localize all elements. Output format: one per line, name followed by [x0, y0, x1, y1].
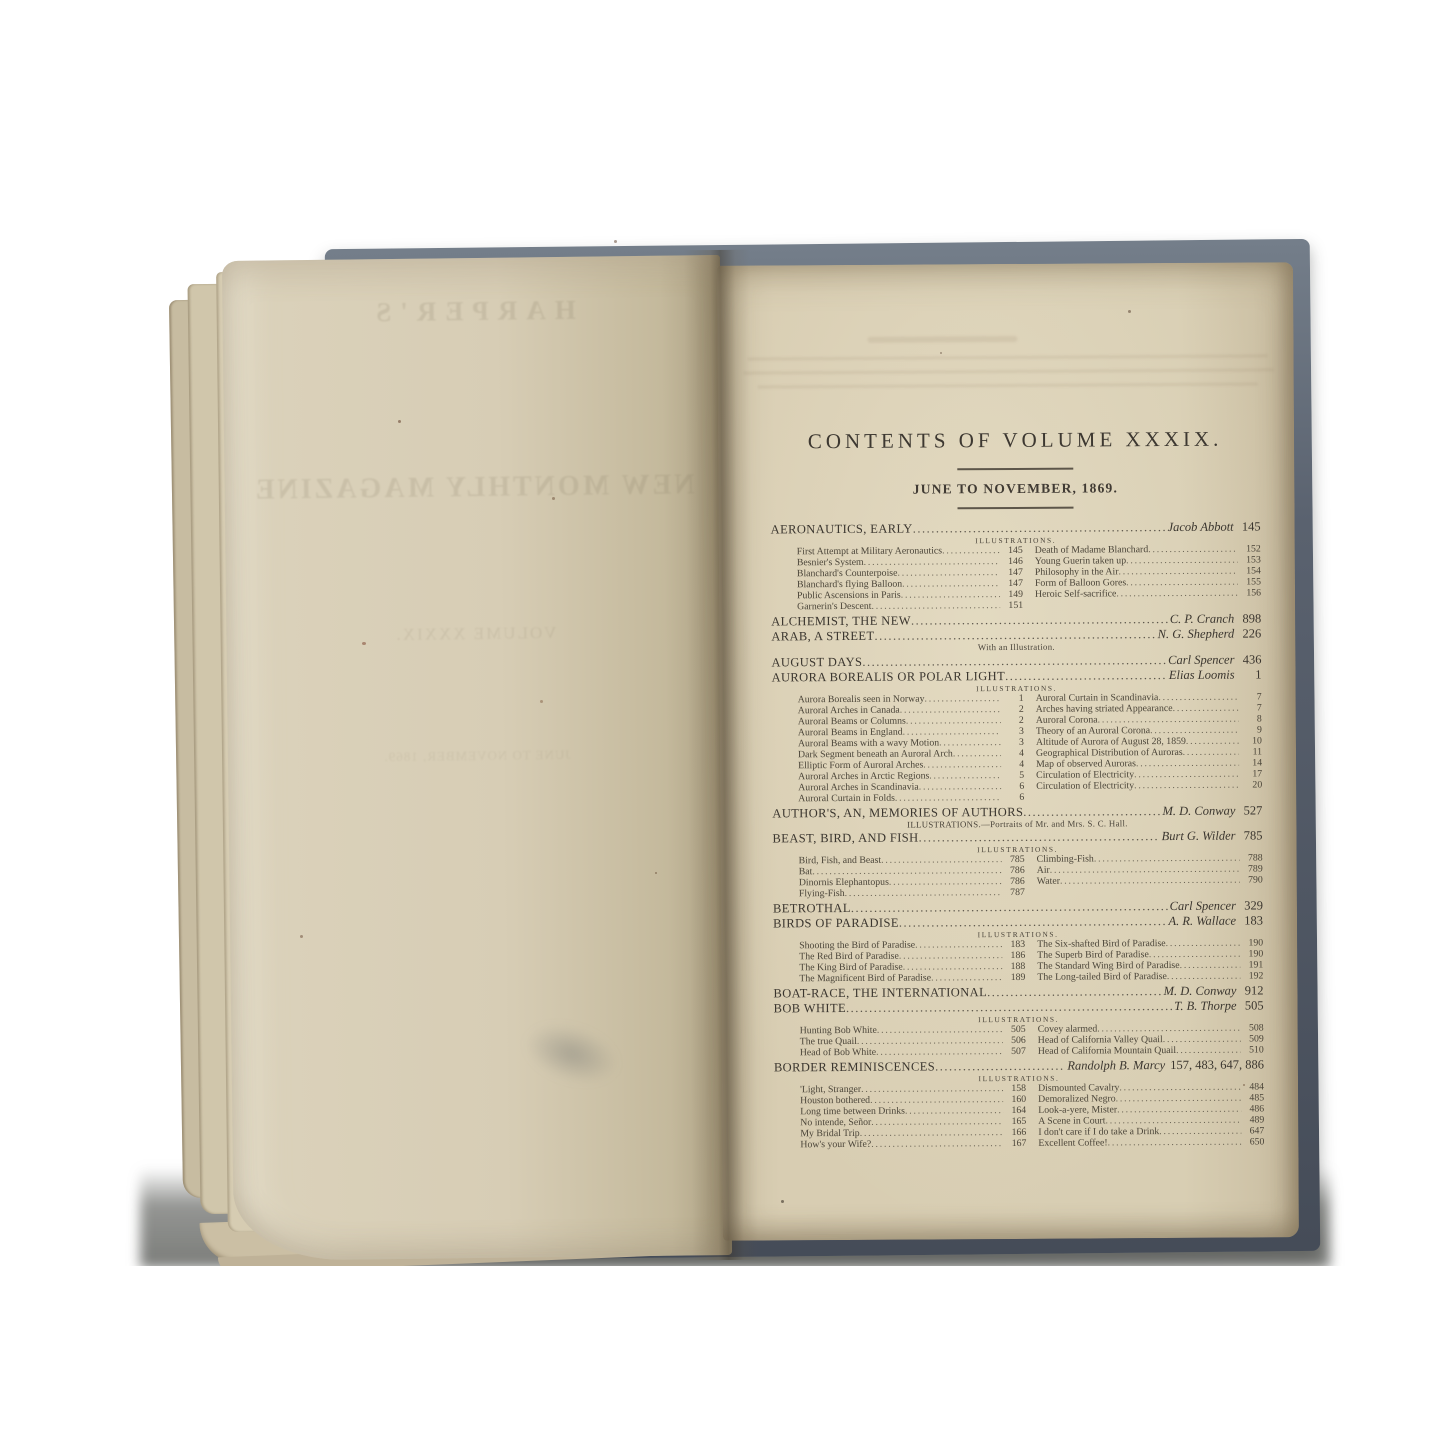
page-title: CONTENTS OF VOLUME XXXIX.	[770, 425, 1260, 454]
toc-entry: ALCHEMIST, THE NEWC. P. Cranch898	[771, 611, 1261, 628]
illustration-dot-leader	[1108, 1137, 1242, 1149]
entry-dot-leader	[862, 653, 1166, 669]
illustration-dot-leader	[1149, 949, 1241, 961]
entry-author: M. D. Conway	[1164, 984, 1237, 998]
toc-entry: AUGUST DAYSCarl Spencer436	[771, 652, 1261, 669]
entry-author: A. R. Wallace	[1168, 914, 1236, 928]
illustration-label: Covey alarmed	[1038, 1023, 1098, 1034]
entry-dot-leader	[1023, 804, 1160, 819]
illustration-page-number: 14	[1242, 757, 1262, 768]
toc-entry: BOAT-RACE, THE INTERNATIONALM. D. Conway…	[773, 983, 1263, 1000]
entry-dot-leader	[935, 1059, 1065, 1074]
illustration-page-number: 11	[1242, 746, 1262, 757]
illustration-page-number: 486	[1244, 1103, 1264, 1114]
illustration-dot-leader	[901, 589, 1000, 601]
illustration-label: Auroral Beams or Columns	[798, 715, 906, 727]
illustration-label: Water	[1037, 876, 1060, 887]
illustration-dot-leader	[845, 887, 1002, 899]
photo-margin-bottom	[0, 1266, 1445, 1445]
illustration-page-number: 489	[1244, 1114, 1264, 1125]
illustrations-columns: 'Light, Stranger158Houston bothered160Lo…	[774, 1081, 1264, 1150]
entry-title: BIRDS OF PARADISE	[773, 916, 899, 931]
illustration-label: Circulation of Electricity	[1036, 769, 1134, 781]
illustration-label: How's your Wife?	[800, 1139, 871, 1150]
toc-entry: BIRDS OF PARADISEA. R. Wallace183ILLUSTR…	[773, 913, 1263, 984]
entry-title: BOAT-RACE, THE INTERNATIONAL	[773, 985, 987, 1000]
illustration-page-number: 508	[1244, 1022, 1264, 1033]
toc-entry-row: BORDER REMINISCENCESRandolph B. Marcy157…	[774, 1057, 1264, 1074]
illustration-label: Demoralized Negro	[1038, 1093, 1116, 1104]
illustration-label: The Red Bird of Paradise	[799, 951, 899, 963]
illustrations-column-right: The Six-shafted Bird of Paradise190The S…	[1037, 937, 1263, 982]
entry-title: BOB WHITE	[774, 1001, 847, 1015]
illustration-dot-leader	[889, 876, 1002, 888]
illustration-label: The Long-tailed Bird of Paradise	[1037, 971, 1167, 983]
illustration-dot-leader	[1180, 960, 1241, 971]
divider-rule	[958, 507, 1074, 510]
illustration-page-number: 155	[1241, 576, 1261, 587]
page-subtitle: JUNE TO NOVEMBER, 1869.	[770, 479, 1260, 497]
illustration-dot-leader	[1150, 724, 1239, 736]
toc-entry-row: ALCHEMIST, THE NEWC. P. Cranch898	[771, 611, 1261, 628]
photo-margin-top	[0, 0, 1445, 176]
illustration-dot-leader	[1060, 875, 1240, 887]
entry-page-number: 785	[1240, 828, 1262, 842]
illustration-label: A Scene in Court	[1038, 1115, 1105, 1126]
illustration-dot-leader	[881, 854, 1002, 866]
toc-entry-row: AERONAUTICS, EARLYJacob Abbott145	[771, 519, 1261, 536]
illustration-item: Water790	[1037, 874, 1263, 886]
entry-dot-leader	[919, 829, 1160, 844]
illustrations-columns: Shooting the Bird of Paradise183The Red …	[773, 937, 1263, 984]
illustration-dot-leader	[1116, 1093, 1242, 1105]
entry-dot-leader	[851, 899, 1168, 915]
illustration-label: Form of Balloon Gores	[1035, 577, 1126, 589]
illustration-dot-leader	[857, 1035, 1003, 1047]
entry-page-number: 527	[1240, 803, 1262, 817]
illustration-page-number: 2	[1004, 703, 1024, 714]
illustration-item: Garnerin's Descent151	[797, 600, 1023, 612]
illustration-label: The King Bird of Paradise	[799, 962, 902, 974]
illustration-dot-leader	[1126, 577, 1238, 589]
illustration-label: Altitude of Aurora of August 28, 1859	[1036, 735, 1186, 747]
entry-title: AURORA BOREALIS OR POLAR LIGHT	[771, 669, 1005, 684]
illustration-label: Dinornis Elephantopus	[799, 877, 889, 889]
illustration-dot-leader	[1126, 555, 1238, 567]
illustration-page-number: 183	[1005, 939, 1025, 950]
illustration-page-number: 787	[1005, 887, 1025, 898]
entry-page-number: 145	[1239, 519, 1261, 533]
entry-author: Carl Spencer	[1168, 652, 1234, 666]
toc-entry: BOB WHITET. B. Thorpe505ILLUSTRATIONS.Hu…	[774, 998, 1264, 1058]
illustration-label: Public Ascensions in Paris	[797, 590, 901, 602]
illustrations-columns: Bird, Fish, and Beast785Bat786Dinornis E…	[773, 852, 1263, 899]
illustration-page-number: 788	[1243, 852, 1263, 863]
toc-entries: AERONAUTICS, EARLYJacob Abbott145ILLUSTR…	[771, 519, 1265, 1150]
illustrations-column-right: Dismounted Cavalry484Demoralized Negro48…	[1038, 1081, 1264, 1148]
illustration-item: Excellent Coffee!650	[1038, 1136, 1264, 1148]
page-scuff	[518, 1014, 626, 1094]
illustration-dot-leader	[1105, 1115, 1241, 1127]
illustration-item: The Magnificent Bird of Paradise189	[799, 972, 1025, 984]
entry-dot-leader	[846, 999, 1172, 1015]
illustrations-column-right: Auroral Curtain in Scandinavia7Arches ha…	[1036, 691, 1263, 802]
illustration-label: Look-a-yere, Mister	[1038, 1104, 1117, 1115]
illustration-dot-leader	[900, 704, 1001, 716]
illustration-label: Theory of an Auroral Corona	[1036, 725, 1150, 737]
illustration-label: The Six-shafted Bird of Paradise	[1037, 938, 1165, 950]
foxing-speck	[540, 700, 543, 703]
illustration-page-number: 152	[1241, 543, 1261, 554]
entry-page-number: 436	[1239, 652, 1261, 666]
illustration-dot-leader	[1163, 1034, 1241, 1045]
illustration-page-number: 188	[1005, 961, 1025, 972]
illustration-dot-leader	[870, 1094, 1003, 1106]
illustration-page-number: 146	[1003, 556, 1023, 567]
illustration-label: Dismounted Cavalry	[1038, 1082, 1119, 1093]
illustration-label: Blanchard's Counterpoise	[797, 568, 898, 580]
illustration-dot-leader	[864, 556, 1000, 568]
illustration-label: Circulation of Electricity	[1036, 780, 1134, 792]
toc-entry: BORDER REMINISCENCESRandolph B. Marcy157…	[774, 1057, 1265, 1150]
illustration-dot-leader	[1173, 702, 1239, 713]
foxing-speck	[614, 240, 617, 243]
illustrations-column-right: Covey alarmed508Head of California Valle…	[1038, 1022, 1264, 1056]
illustration-page-number: 147	[1003, 578, 1023, 589]
illustration-page-number: 156	[1241, 587, 1261, 598]
illustration-label: Auroral Corona	[1036, 714, 1098, 725]
illustration-page-number: 147	[1003, 567, 1023, 578]
illustration-dot-leader	[1148, 544, 1238, 556]
illustration-dot-leader	[931, 972, 1002, 983]
illustration-page-number: 154	[1241, 565, 1261, 576]
illustration-label: Auroral Curtain in Scandinavia	[1036, 692, 1159, 704]
illustrations-column-left: Hunting Bob White505The true Quail506Hea…	[800, 1024, 1026, 1058]
illustration-label: Aurora Borealis seen in Norway	[798, 693, 925, 705]
foxing-speck	[1128, 310, 1131, 313]
illustration-label: No intende, Señor	[800, 1117, 871, 1128]
illustrations-column-right: Climbing-Fish788Air789Water790	[1037, 852, 1263, 897]
illustration-page-number: 4	[1004, 758, 1024, 769]
illustration-page-number: 160	[1006, 1094, 1026, 1105]
illustrations-columns: First Attempt at Military Aeronautics145…	[771, 543, 1261, 612]
illustration-page-number: 506	[1006, 1035, 1026, 1046]
entry-title: AUGUST DAYS	[771, 654, 862, 669]
entry-page-number: 157, 483, 647, 886	[1170, 1057, 1264, 1072]
illustration-dot-leader	[903, 726, 1001, 738]
book-photo: HARPER'S NEW MONTHLY MAGAZINE VOLUME XXX…	[0, 0, 1445, 1445]
illustration-label: Arches having striated Appearance	[1036, 702, 1173, 714]
bleedthrough-text: HARPER'S	[367, 295, 576, 329]
illustrations-column-left: Aurora Borealis seen in Norway1Auroral A…	[798, 692, 1025, 803]
illustration-page-number: 153	[1241, 554, 1261, 565]
illustration-page-number: 151	[1003, 600, 1023, 611]
illustration-page-number: 7	[1242, 702, 1262, 713]
entry-page-number: 226	[1239, 626, 1261, 640]
illustration-page-number: 8	[1242, 713, 1262, 724]
toc-entry: AUTHOR'S, AN, MEMORIES OF AUTHORSM. D. C…	[772, 803, 1262, 830]
left-page: HARPER'S NEW MONTHLY MAGAZINE VOLUME XXX…	[222, 255, 732, 1261]
illustration-label: Besnier's System	[797, 557, 864, 568]
illustration-label: Philosophy in the Air	[1035, 566, 1119, 578]
entry-author: Burt G. Wilder	[1162, 829, 1236, 843]
illustration-label: Head of California Valley Quail	[1038, 1034, 1163, 1046]
illustration-item: How's your Wife?167	[800, 1138, 1026, 1150]
illustration-page-number: 3	[1004, 736, 1024, 747]
illustration-page-number: 191	[1243, 959, 1263, 970]
illustration-label: Head of California Mountain Quail	[1038, 1045, 1176, 1057]
entry-page-number: 912	[1241, 983, 1263, 997]
illustration-label: Flying-Fish	[799, 888, 845, 899]
illustration-dot-leader	[897, 567, 1000, 579]
illustration-item: Circulation of Electricity20	[1036, 779, 1262, 791]
foxing-speck	[362, 642, 366, 645]
illustration-page-number: 158	[1006, 1083, 1026, 1094]
illustrations-columns: Aurora Borealis seen in Norway1Auroral A…	[772, 691, 1263, 804]
bleedthrough-text: JUNE TO NOVEMBER, 1869.	[383, 747, 570, 765]
entry-author: Elias Loomis	[1169, 667, 1235, 681]
illustration-label: Shooting the Bird of Paradise	[799, 940, 915, 952]
foxing-speck	[655, 872, 657, 874]
illustration-dot-leader	[1117, 1104, 1241, 1116]
illustration-label: Auroral Curtain in Folds	[798, 792, 895, 804]
illustration-label: My Bridal Trip	[800, 1128, 859, 1139]
illustration-dot-leader	[929, 770, 1001, 781]
illustration-page-number: 167	[1006, 1138, 1026, 1149]
illustration-dot-leader	[1183, 746, 1239, 757]
entry-title: AUTHOR'S, AN, MEMORIES OF AUTHORS	[772, 804, 1023, 820]
illustration-label: Heroic Self-sacrifice	[1035, 588, 1116, 599]
illustration-dot-leader	[1167, 971, 1241, 982]
illustration-item: The Long-tailed Bird of Paradise192	[1037, 970, 1263, 982]
illustration-dot-leader	[1166, 938, 1241, 949]
illustration-label: Head of Bob White	[800, 1047, 876, 1058]
toc-entry-row: BETROTHALCarl Spencer329	[773, 898, 1263, 915]
illustration-label: Auroral Arches in Scandinavia	[798, 781, 919, 793]
illustration-dot-leader	[877, 1024, 1003, 1036]
illustration-label: The Standard Wing Bird of Paradise	[1037, 960, 1179, 972]
illustration-page-number: 650	[1244, 1136, 1264, 1147]
illustration-page-number: 786	[1005, 876, 1025, 887]
toc-entry-row: BOAT-RACE, THE INTERNATIONALM. D. Conway…	[773, 983, 1263, 1000]
illustration-label: Young Guerin taken up	[1035, 555, 1126, 567]
illustration-label: Long time between Drinks	[800, 1106, 905, 1118]
illustration-dot-leader	[1186, 735, 1239, 746]
illustration-page-number: 189	[1005, 972, 1025, 983]
illustration-page-number: 7	[1242, 691, 1262, 702]
illustration-label: Blanchard's flying Balloon	[797, 579, 902, 591]
illustration-page-number: 507	[1006, 1046, 1026, 1057]
toc-entry: AERONAUTICS, EARLYJacob Abbott145ILLUSTR…	[771, 519, 1262, 612]
illustration-label: Map of observed Auroras	[1036, 758, 1136, 770]
toc-entry-row: ARAB, A STREETN. G. Shepherd226	[771, 626, 1261, 643]
illustration-dot-leader	[924, 693, 1000, 704]
illustration-dot-leader	[860, 1127, 1004, 1139]
illustration-dot-leader	[915, 939, 1002, 951]
toc-page: CONTENTS OF VOLUME XXXIX. JUNE TO NOVEMB…	[717, 262, 1299, 1241]
toc-entry: BEAST, BIRD, AND FISHBurt G. Wilder785IL…	[772, 828, 1262, 899]
illustration-page-number: 165	[1006, 1116, 1026, 1127]
illustrations-column-right: Death of Madame Blanchard152Young Guerin…	[1035, 543, 1261, 610]
entry-page-number: 898	[1239, 611, 1261, 625]
entry-author: Jacob Abbott	[1168, 520, 1234, 534]
toc-entry: BETROTHALCarl Spencer329	[773, 898, 1263, 915]
illustration-page-number: 3	[1004, 725, 1024, 736]
illustration-label: Auroral Beams in England	[798, 726, 903, 738]
illustration-page-number: 2	[1004, 714, 1024, 725]
entry-page-number: 1	[1239, 667, 1261, 681]
illustration-label: Elliptic Form of Auroral Arches	[798, 759, 923, 771]
illustration-page-number: 164	[1006, 1105, 1026, 1116]
entry-author: Randolph B. Marcy	[1067, 1058, 1165, 1073]
illustration-label: Air	[1037, 865, 1050, 876]
illustration-dot-leader	[871, 600, 1000, 612]
entry-dot-leader	[913, 520, 1166, 536]
illustration-dot-leader	[1119, 1082, 1241, 1094]
illustration-label: 'Light, Stranger	[800, 1084, 861, 1095]
illustration-dot-leader	[899, 950, 1002, 962]
divider-rule	[957, 468, 1073, 471]
toc-entry-row: BEAST, BIRD, AND FISHBurt G. Wilder785	[772, 828, 1262, 845]
illustration-page-number: 192	[1243, 970, 1263, 981]
entry-page-number: 183	[1241, 913, 1263, 927]
illustrations-column-left: First Attempt at Military Aeronautics145…	[797, 545, 1023, 612]
toc-entry: AURORA BOREALIS OR POLAR LIGHTElias Loom…	[771, 667, 1262, 804]
foxing-speck	[940, 352, 942, 354]
illustration-page-number: 5	[1004, 769, 1024, 780]
illustration-page-number: 789	[1243, 863, 1263, 874]
foxing-speck	[781, 1200, 784, 1203]
illustration-label: Excellent Coffee!	[1038, 1137, 1107, 1148]
foxing-speck	[300, 935, 303, 938]
illustration-page-number: 4	[1004, 747, 1024, 758]
toc-entry-row: BIRDS OF PARADISEA. R. Wallace183	[773, 913, 1263, 930]
illustration-dot-leader	[876, 1046, 1003, 1058]
illustration-page-number: 145	[1003, 545, 1023, 556]
illustration-page-number: 190	[1243, 937, 1263, 948]
entry-title: ARAB, A STREET	[771, 629, 874, 644]
illustration-dot-leader	[1159, 1126, 1241, 1138]
illustration-dot-leader	[902, 578, 1000, 590]
illustration-page-number: 647	[1244, 1125, 1264, 1136]
toc-entry-row: BOB WHITET. B. Thorpe505	[774, 998, 1264, 1015]
entry-author: T. B. Thorpe	[1174, 999, 1236, 1013]
toc-entry-row: AUTHOR'S, AN, MEMORIES OF AUTHORSM. D. C…	[772, 803, 1262, 820]
illustration-label: The true Quail	[800, 1036, 857, 1047]
illustration-page-number: 790	[1243, 874, 1263, 885]
illustration-dot-leader	[1094, 853, 1240, 865]
entry-page-number: 329	[1241, 898, 1263, 912]
illustration-label: I don't care if I do take a Drink	[1038, 1126, 1159, 1138]
illustration-label: First Attempt at Military Aeronautics	[797, 545, 942, 557]
entry-title: BORDER REMINISCENCES	[774, 1059, 935, 1074]
toc-entry-row: AURORA BOREALIS OR POLAR LIGHTElias Loom…	[771, 667, 1261, 684]
toc-entry-row: AUGUST DAYSCarl Spencer436	[771, 652, 1261, 669]
entry-title: BETROTHAL	[773, 901, 851, 915]
illustration-label: The Magnificent Bird of Paradise	[799, 972, 931, 984]
illustration-page-number: 786	[1005, 865, 1025, 876]
illustration-label: Hunting Bob White	[800, 1025, 877, 1036]
foxing-speck	[398, 420, 401, 423]
illustration-dot-leader	[1134, 779, 1239, 791]
illustration-page-number: 6	[1004, 791, 1024, 802]
illustrations-column-left: Shooting the Bird of Paradise183The Red …	[799, 939, 1025, 984]
illustration-dot-leader	[942, 545, 1000, 556]
illustration-item: Auroral Curtain in Folds6	[798, 791, 1024, 803]
illustration-dot-leader	[1116, 588, 1238, 600]
illustration-dot-leader	[861, 1083, 1003, 1095]
gutter-shadow	[684, 250, 759, 1261]
illustration-dot-leader	[905, 1105, 1003, 1117]
illustration-page-number: 484	[1244, 1081, 1264, 1092]
entry-title: AERONAUTICS, EARLY	[771, 522, 913, 537]
illustrations-column-left: Bird, Fish, and Beast785Bat786Dinornis E…	[799, 854, 1025, 899]
illustration-item: Heroic Self-sacrifice156	[1035, 587, 1261, 599]
entry-dot-leader	[911, 612, 1168, 628]
table-of-contents: CONTENTS OF VOLUME XXXIX. JUNE TO NOVEMB…	[717, 262, 1298, 1151]
foxing-speck	[552, 497, 555, 500]
illustration-page-number: 1	[1004, 692, 1024, 703]
entry-title: ALCHEMIST, THE NEW	[771, 614, 911, 629]
illustration-page-number: 190	[1243, 948, 1263, 959]
illustration-label: The Superb Bird of Paradise	[1037, 949, 1149, 961]
entry-dot-leader	[987, 984, 1162, 999]
illustration-dot-leader	[871, 1138, 1003, 1150]
entry-dot-leader	[874, 627, 1155, 643]
illustration-dot-leader	[953, 748, 1001, 759]
illustrations-columns: Hunting Bob White505The true Quail506Hea…	[774, 1022, 1264, 1058]
illustration-dot-leader	[1134, 768, 1239, 780]
entry-dot-leader	[899, 914, 1167, 930]
illustration-label: Bird, Fish, and Beast	[799, 855, 882, 867]
illustration-page-number: 485	[1244, 1092, 1264, 1103]
illustration-dot-leader	[903, 961, 1003, 973]
illustration-page-number: 505	[1006, 1024, 1026, 1035]
illustration-dot-leader	[1176, 1045, 1241, 1056]
illustration-dot-leader	[919, 781, 1002, 793]
illustration-page-number: 6	[1004, 780, 1024, 791]
illustration-page-number: 9	[1242, 724, 1262, 735]
entry-author: M. D. Conway	[1162, 803, 1235, 817]
illustration-page-number: 510	[1244, 1044, 1264, 1055]
illustration-label: Auroral Arches in Canada	[798, 704, 900, 716]
illustration-dot-leader	[1097, 1023, 1240, 1035]
bleedthrough-text: NEW MONTHLY MAGAZINE	[253, 469, 695, 506]
illustration-dot-leader	[1098, 713, 1239, 725]
illustration-page-number: 785	[1005, 854, 1025, 865]
illustration-page-number: 166	[1006, 1127, 1026, 1138]
entry-author: Carl Spencer	[1170, 899, 1236, 913]
illustration-dot-leader	[895, 792, 1001, 804]
illustration-label: Houston bothered	[800, 1095, 870, 1106]
illustration-label: Auroral Arches in Arctic Regions	[798, 770, 929, 782]
illustration-label: Auroral Beams with a wavy Motion	[798, 737, 939, 749]
illustration-page-number: 149	[1003, 589, 1023, 600]
entry-author: C. P. Cranch	[1170, 612, 1234, 626]
entry-author: N. G. Shepherd	[1158, 627, 1235, 641]
illustration-page-number: 17	[1242, 768, 1262, 779]
illustration-dot-leader	[871, 1116, 1003, 1128]
entry-page-number: 505	[1242, 998, 1264, 1012]
illustration-label: Geographical Distribution of Auroras	[1036, 746, 1183, 758]
illustration-dot-leader	[1118, 566, 1238, 578]
toc-entry: ARAB, A STREETN. G. Shepherd226With an I…	[771, 626, 1261, 653]
illustration-item: Flying-Fish787	[799, 887, 1025, 899]
bleedthrough-text: VOLUME XXXIX.	[394, 623, 556, 645]
illustration-label: Death of Madame Blanchard	[1035, 544, 1149, 556]
illustration-page-number: 20	[1242, 779, 1262, 790]
illustration-item: Head of California Mountain Quail510	[1038, 1044, 1264, 1056]
